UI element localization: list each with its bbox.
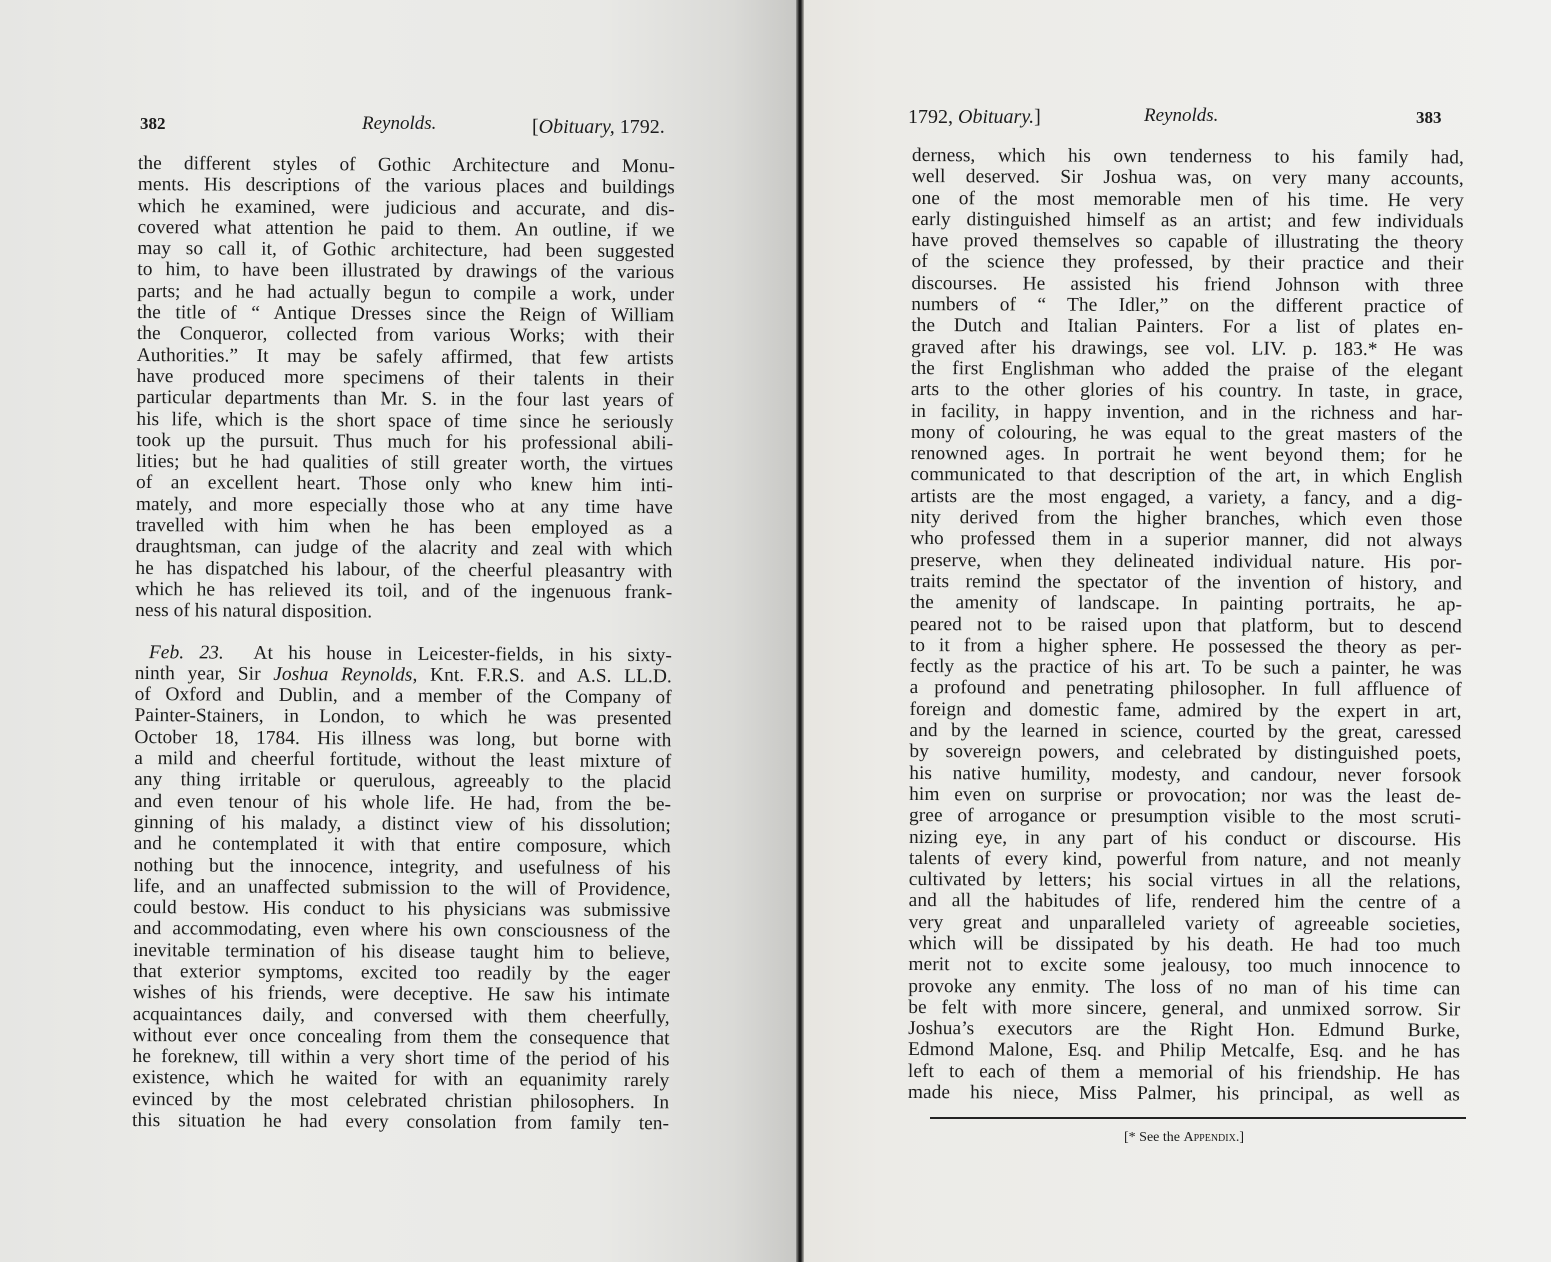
text-line: early distinguished himself as an artist… xyxy=(912,209,1464,233)
right-section-heading: 1792, Obituary.] xyxy=(908,106,1041,129)
book-spread: 382 Reynolds. [Obituary, 1792. the diffe… xyxy=(0,0,1551,1262)
book-gutter xyxy=(796,0,804,1262)
text-line: this situation he had every consolation … xyxy=(132,1110,669,1135)
text-line: gree of arrogance or presumption visible… xyxy=(909,805,1461,829)
text-line: one of the most memorable men of his tim… xyxy=(912,188,1464,212)
text-line: preserve, when they delineated individua… xyxy=(910,550,1462,574)
left-running-title: Reynolds. xyxy=(362,113,436,135)
text-line: mony of colouring, he was equal to the g… xyxy=(911,422,1463,446)
text-line: and accommodating, even where his own co… xyxy=(133,918,670,943)
text-line: any thing irritable or querulous, agreea… xyxy=(134,769,671,794)
text-line: renowned ages. In portrait he went beyon… xyxy=(911,443,1463,467)
footnote-rule xyxy=(930,1117,1466,1119)
text-line: traits remind the spectator of the inven… xyxy=(910,571,1462,595)
text-line: acquaintances daily, and conversed with … xyxy=(133,1004,670,1029)
text-line: nizing eye, in any part of his conduct o… xyxy=(909,826,1461,850)
text-line: be felt with more sincere, general, and … xyxy=(908,997,1460,1021)
footnote: [* See the Appendix.] xyxy=(1124,1130,1244,1146)
text-line: and all the habitudes of life, rendered … xyxy=(909,890,1461,914)
text-line: Edmond Malone, Esq. and Philip Metcalfe,… xyxy=(908,1039,1460,1063)
left-section-heading: [Obituary, 1792. xyxy=(532,116,665,139)
text-line: which will be dissipated by his death. H… xyxy=(908,933,1460,957)
text-line: his life, which is the short space of ti… xyxy=(136,409,673,434)
right-paragraph: derness, which his own tenderness to his… xyxy=(908,145,1464,1106)
text-line: well deserved. Sir Joshua was, on very m… xyxy=(912,166,1464,190)
text-line: numbers of “ The Idler,” on the differen… xyxy=(911,294,1463,318)
text-line: and he contemplated it with that entire … xyxy=(134,833,671,858)
text-line: foreign and domestic fame, admired by th… xyxy=(909,699,1461,723)
text-line: provoke any enmity. The loss of no man o… xyxy=(908,976,1460,1000)
text-line: peared not to be raised upon that platfo… xyxy=(910,614,1462,638)
text-line: arts to the other glories of his country… xyxy=(911,379,1463,403)
text-line: in facility, in happy invention, and in … xyxy=(911,401,1463,425)
text-line: the Dutch and Italian Painters. For a li… xyxy=(911,315,1463,339)
text-line: Painter-Stainers, in London, to which he… xyxy=(134,705,671,730)
text-line: communicated to that description of the … xyxy=(911,464,1463,488)
text-line: to it from a higher sphere. He possessed… xyxy=(910,635,1462,659)
text-line: merit not to excite some jealousy, too m… xyxy=(908,954,1460,978)
text-line: made his niece, Miss Palmer, his princip… xyxy=(908,1082,1460,1106)
text-line: talents of every kind, powerful from nat… xyxy=(909,848,1461,872)
text-line: the amenity of landscape. In painting po… xyxy=(910,592,1462,616)
text-line: particular departments than Mr. S. in th… xyxy=(136,387,673,412)
text-line: Joshua’s executors are the Right Hon. Ed… xyxy=(908,1018,1460,1042)
paragraph-reynolds-obituary: Feb. 23. At his house in Leicester-field… xyxy=(132,642,672,1135)
text-line: existence, which he waited for with an e… xyxy=(132,1067,669,1092)
text-line: ness of his natural disposition. xyxy=(135,600,672,625)
text-line: ments. His descriptions of the various p… xyxy=(138,174,675,199)
right-body-text: derness, which his own tenderness to his… xyxy=(908,145,1464,1106)
left-page: 382 Reynolds. [Obituary, 1792. the diffe… xyxy=(0,0,796,1262)
text-line: a profound and penetrating philosopher. … xyxy=(910,677,1462,701)
text-line: nothing but the innocence, integrity, an… xyxy=(134,854,671,879)
obituary-lines: of Oxford and Dublin, and a member of th… xyxy=(132,684,672,1135)
text-line: artists are the most engaged, a variety,… xyxy=(910,486,1462,510)
text-line: cultivated by letters; his social virtue… xyxy=(909,869,1461,893)
text-line: who professed them in a superior manner,… xyxy=(910,528,1462,552)
text-line: wishes of his friends, were deceptive. H… xyxy=(133,982,670,1007)
text-line: which he examined, were judicious and ac… xyxy=(138,196,675,221)
text-line: of the science they professed, by their … xyxy=(911,251,1463,275)
text-line: derness, which his own tenderness to his… xyxy=(912,145,1464,169)
left-page-number: 382 xyxy=(140,113,166,135)
paragraph-continuation: the different styles of Gothic Architect… xyxy=(135,153,675,625)
text-line: draughtsman, can judge of the alacrity a… xyxy=(136,536,673,561)
text-line: of an excellent heart. Those only who kn… xyxy=(136,472,673,497)
text-line: fectly as the practice of his art. To be… xyxy=(910,656,1462,680)
text-line: graved after his drawings, see vol. LIV.… xyxy=(911,337,1463,361)
text-line: very great and unparalleled variety of a… xyxy=(909,912,1461,936)
text-line: nity derived from the higher branches, w… xyxy=(910,507,1462,531)
text-line: left to each of them a memorial of his f… xyxy=(908,1061,1460,1085)
right-running-title: Reynolds. xyxy=(1144,105,1218,127)
text-line: the Conqueror, collected from various Wo… xyxy=(137,323,674,348)
text-line: to him, to have been illustrated by draw… xyxy=(137,259,674,284)
text-line: his native humility, modesty, and candou… xyxy=(909,763,1461,787)
text-line: discourses. He assisted his friend Johns… xyxy=(911,273,1463,297)
text-line: and by the learned in science, courted b… xyxy=(909,720,1461,744)
text-line: by sovereign powers, and celebrated by d… xyxy=(909,741,1461,765)
text-line: him even on surprise or provocation; nor… xyxy=(909,784,1461,808)
text-line: the first Englishman who added the prais… xyxy=(911,358,1463,382)
right-page-number: 383 xyxy=(1416,107,1442,129)
left-body-text: the different styles of Gothic Architect… xyxy=(132,153,675,1135)
text-line: have proved themselves so capable of ill… xyxy=(912,230,1464,254)
